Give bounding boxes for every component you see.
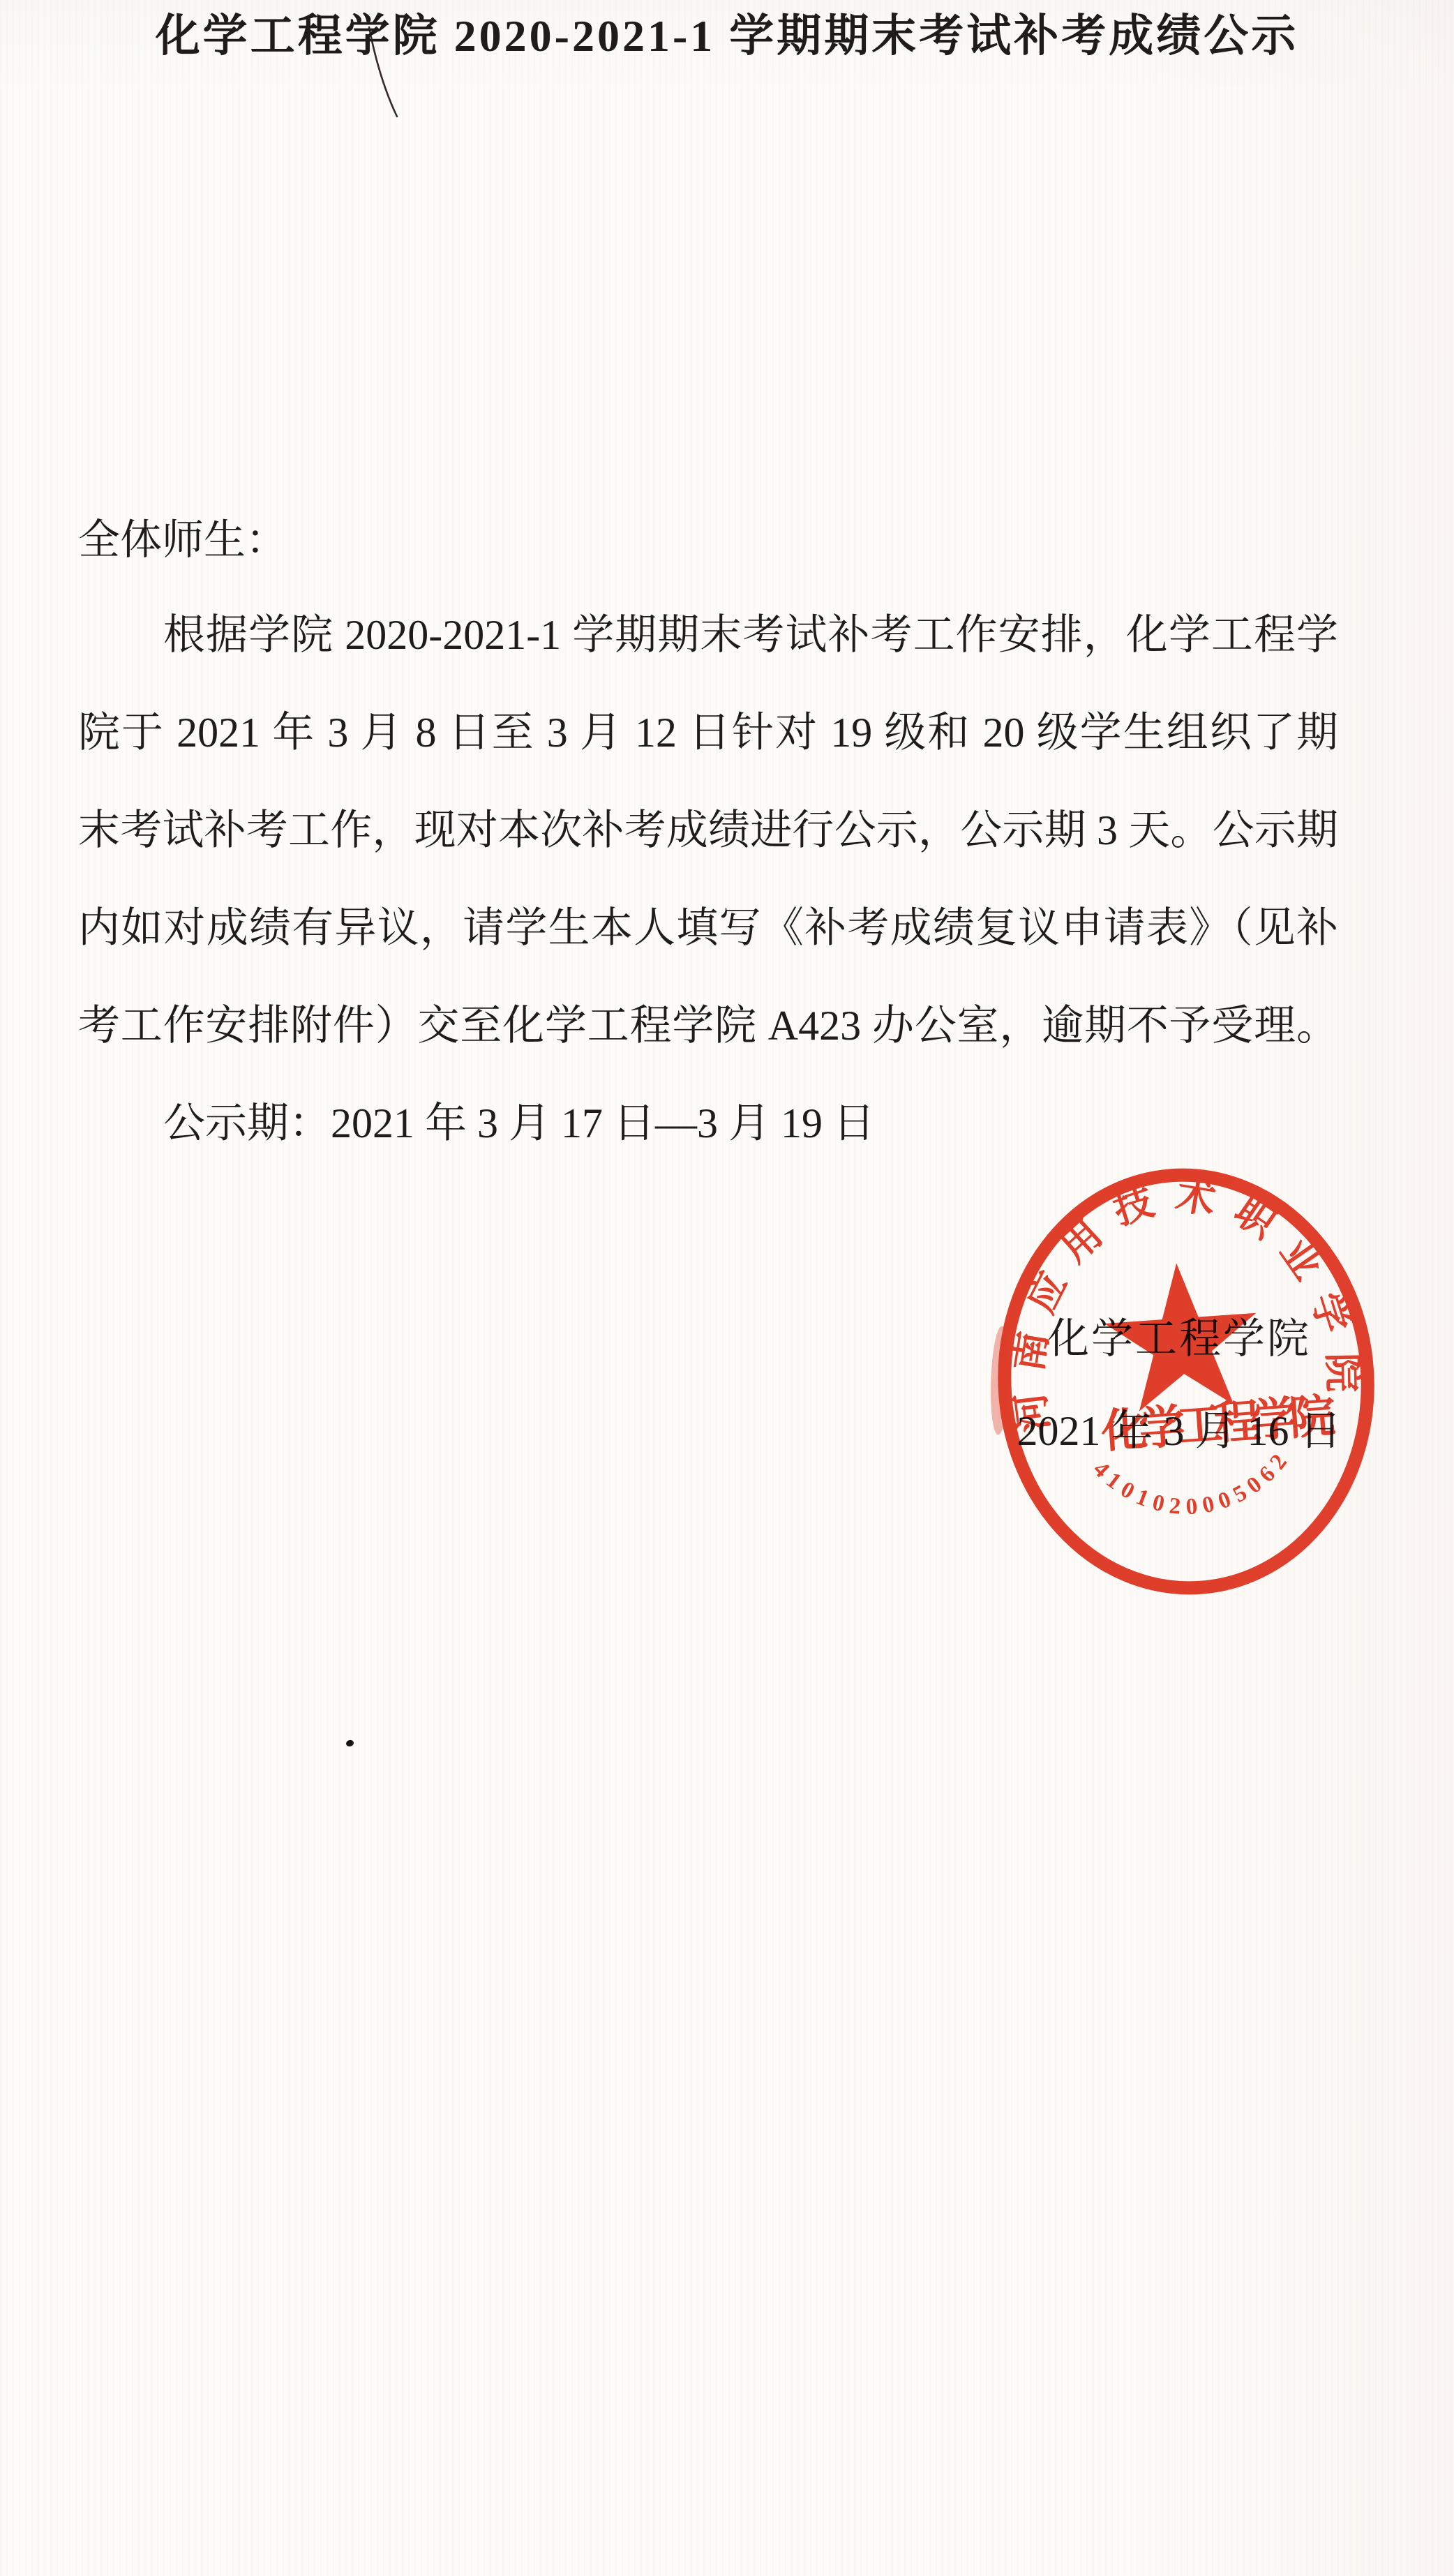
document-title: 化学工程学院 2020-2021-1 学期期末考试补考成绩公示	[0, 0, 1454, 64]
scanned-document-page: 化学工程学院 2020-2021-1 学期期末考试补考成绩公示 全体师生： 根据…	[0, 0, 1454, 2576]
seal-star-icon	[1100, 1258, 1262, 1414]
body-paragraph: 根据学院 2020-2021-1 学期期末考试补考工作安排，化学工程学 院于 2…	[78, 586, 1338, 1172]
ink-speck	[345, 1739, 354, 1748]
official-seal-stamp: 河南应用技术职业学院 化学工程学院 4101020005062	[953, 1123, 1418, 1640]
paragraph-line: 根据学院 2020-2021-1 学期期末考试补考工作安排，化学工程学	[78, 586, 1338, 684]
paragraph-line: 院于 2021 年 3 月 8 日至 3 月 12 日针对 19 级和 20 级…	[78, 684, 1338, 781]
seal-department-name: 化学工程学院	[1099, 1391, 1337, 1458]
paragraph-line: 考工作安排附件）交至化学工程学院 A423 办公室，逾期不予受理。	[78, 977, 1338, 1074]
salutation: 全体师生：	[78, 515, 287, 565]
paragraph-line: 末考试补考工作，现对本次补考成绩进行公示，公示期 3 天。公示期	[78, 781, 1338, 879]
paragraph-line: 内如对成绩有异议，请学生本人填写《补考成绩复议申请表》（见补	[78, 879, 1338, 977]
